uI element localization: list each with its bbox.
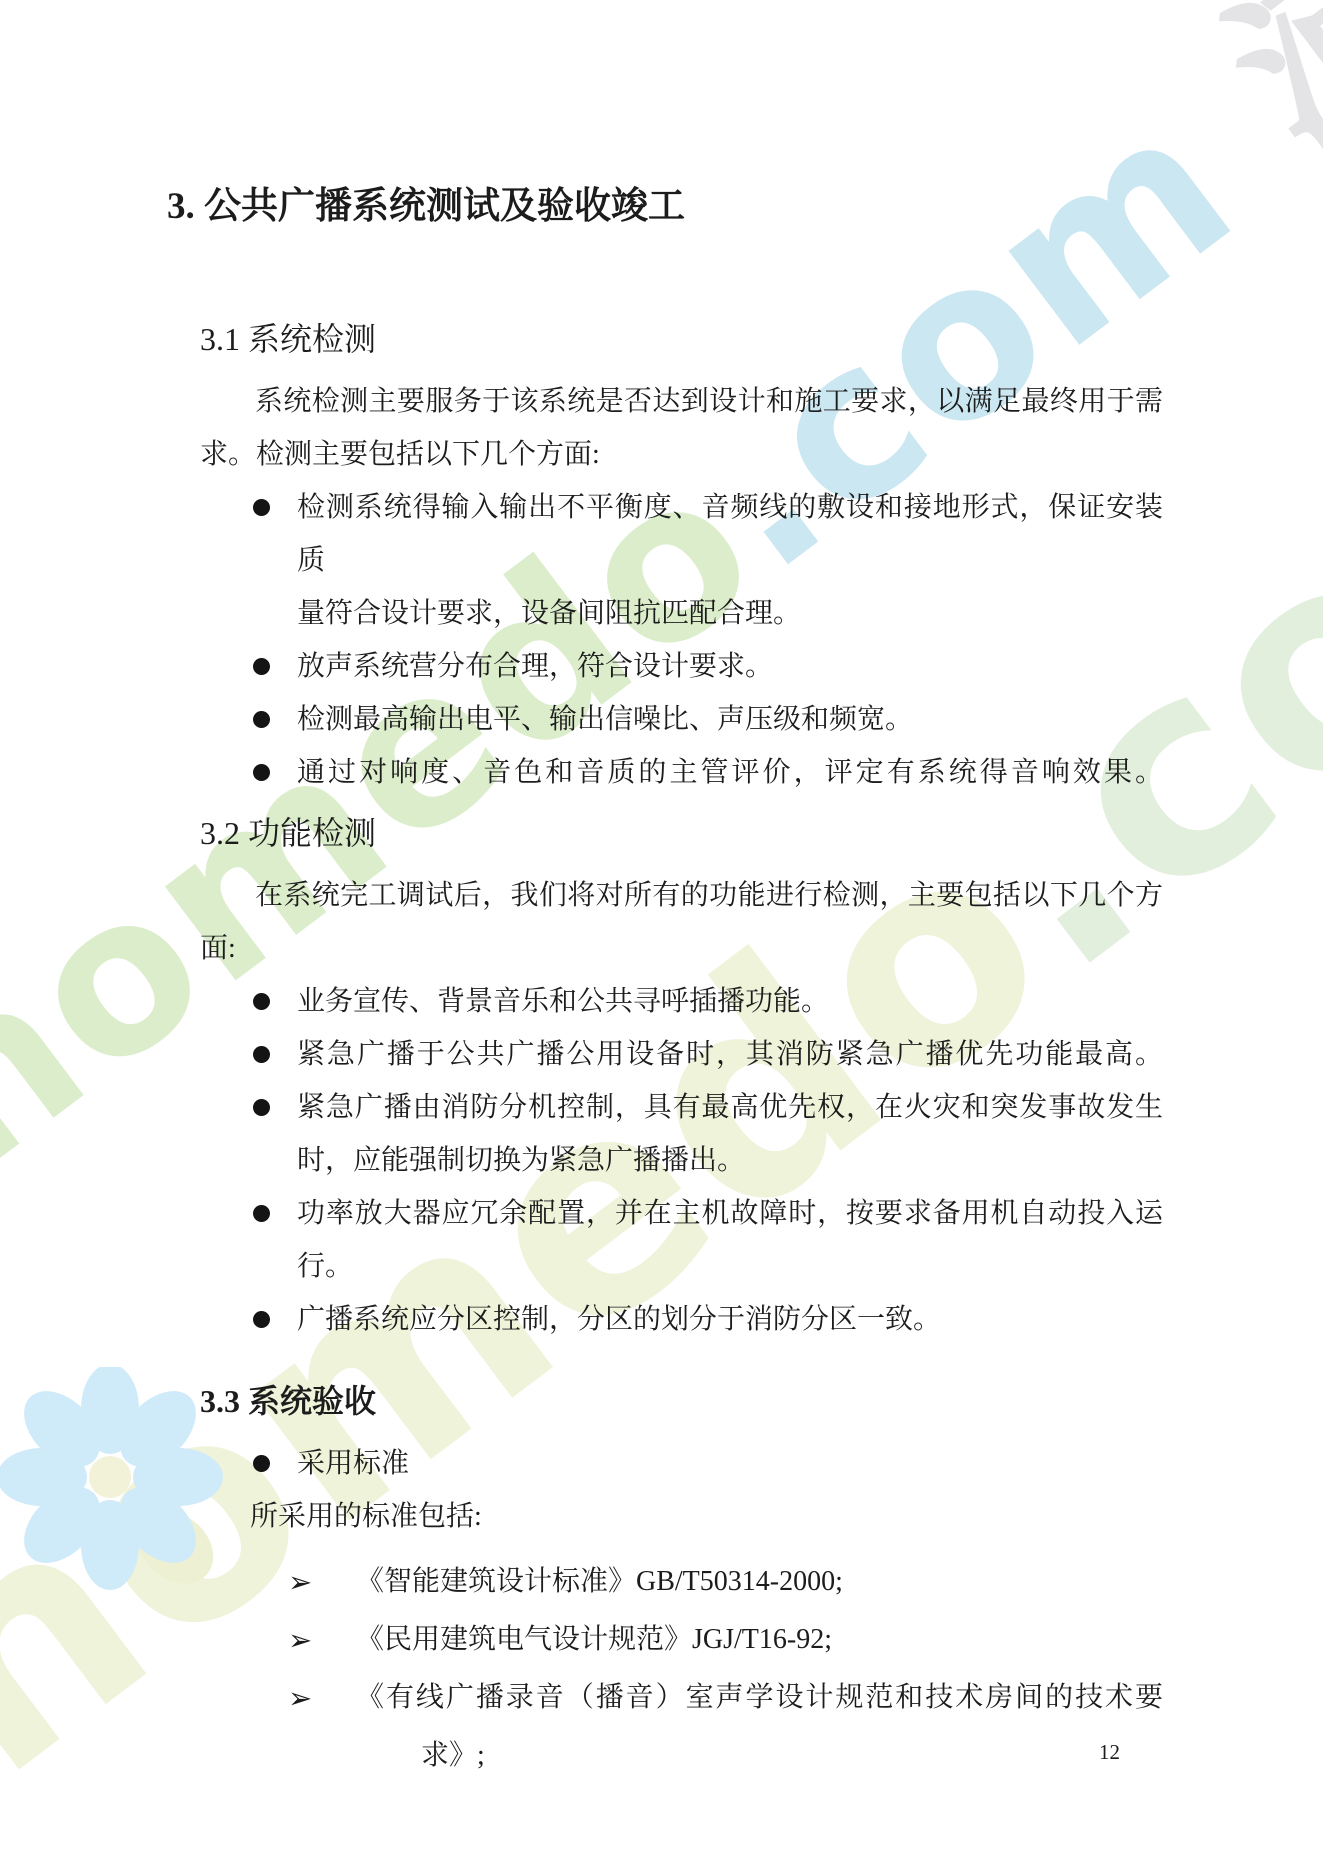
bullet-icon <box>253 711 270 728</box>
list-item: 紧急广播由消防分机控制，具有最高优先权，在火灾和突发事故发生 时，应能强制切换为… <box>200 1081 1163 1187</box>
section-3-2-bullet-list: 业务宣传、背景音乐和公共寻呼插播功能。 紧急广播于公共广播公用设备时，其消防紧急… <box>200 975 1163 1346</box>
list-item: 检测系统得输入输出不平衡度、音频线的敷设和接地形式，保证安装质 量符合设计要求，… <box>200 481 1163 640</box>
bullet-text-line: 紧急广播于公共广播公用设备时，其消防紧急广播优先功能最高。 <box>297 1028 1163 1081</box>
list-item: 业务宣传、背景音乐和公共寻呼插播功能。 <box>200 975 1163 1028</box>
section-3-2-intro: 在系统完工调试后，我们将对所有的功能进行检测，主要包括以下几个方 面: <box>200 869 1163 975</box>
section-3-2-heading: 3.2 功能检测 <box>200 813 1163 853</box>
page-title: 3. 公共广播系统测试及验收竣工 <box>167 183 1163 231</box>
arrow-bullet-icon <box>288 1669 320 1727</box>
standard-item: 《民用建筑电气设计规范》JGJ/T16-92; <box>200 1611 1163 1669</box>
bullet-text-line: 通过对响度、音色和音质的主管评价，评定有系统得音响效果。 <box>297 746 1163 799</box>
bullet-text-line: 检测最高输出电平、输出信噪比、声压级和频宽。 <box>297 693 1163 746</box>
standard-item: 《有线广播录音（播音）室声学设计规范和技术房间的技术要 求》; <box>200 1669 1163 1785</box>
standard-text-line: 《有线广播录音（播音）室声学设计规范和技术房间的技术要 <box>356 1669 1163 1727</box>
bullet-icon <box>253 1046 270 1063</box>
bullet-icon <box>253 993 270 1010</box>
bullet-text-line: 采用标准 <box>297 1437 1163 1490</box>
bullet-text-line: 广播系统应分区控制，分区的划分于消防分区一致。 <box>297 1293 1163 1346</box>
bullet-text-line: 量符合设计要求，设备间阻抗匹配合理。 <box>297 587 1163 640</box>
bullet-icon <box>253 658 270 675</box>
list-item: 通过对响度、音色和音质的主管评价，评定有系统得音响效果。 <box>200 746 1163 799</box>
standard-item: 《智能建筑设计标准》GB/T50314-2000; <box>200 1553 1163 1611</box>
intro-line: 求。检测主要包括以下几个方面: <box>200 428 1163 481</box>
bullet-text-line: 行。 <box>297 1240 1163 1293</box>
bullet-text-line: 放声系统营分布合理，符合设计要求。 <box>297 640 1163 693</box>
bullet-icon <box>253 1205 270 1222</box>
section-3-3-heading: 3.3 系统验收 <box>200 1381 1163 1421</box>
list-item: 放声系统营分布合理，符合设计要求。 <box>200 640 1163 693</box>
arrow-bullet-icon <box>288 1553 320 1611</box>
bullet-text-line: 时，应能强制切换为紧急广播播出。 <box>297 1134 1163 1187</box>
standard-text-line: 求》; <box>421 1727 1163 1785</box>
list-item: 紧急广播于公共广播公用设备时，其消防紧急广播优先功能最高。 <box>200 1028 1163 1081</box>
list-item: 广播系统应分区控制，分区的划分于消防分区一致。 <box>200 1293 1163 1346</box>
list-item: 采用标准 <box>200 1437 1163 1490</box>
intro-line: 在系统完工调试后，我们将对所有的功能进行检测，主要包括以下几个方 <box>200 869 1163 922</box>
bullet-text-line: 紧急广播由消防分机控制，具有最高优先权，在火灾和突发事故发生 <box>297 1081 1163 1134</box>
bullet-icon <box>253 1455 270 1472</box>
bullet-text-line: 检测系统得输入输出不平衡度、音频线的敷设和接地形式，保证安装质 <box>297 481 1163 587</box>
bullet-icon <box>253 499 270 516</box>
standards-list: 《智能建筑设计标准》GB/T50314-2000; 《民用建筑电气设计规范》JG… <box>200 1553 1163 1785</box>
section-3-1-heading: 3.1 系统检测 <box>200 319 1163 359</box>
standard-text-line: 《民用建筑电气设计规范》JGJ/T16-92; <box>356 1611 1163 1669</box>
document-page: homedo.com 河姆渡 homedo.com 3. 公共广播系统测试及验收… <box>0 0 1323 1871</box>
page-number: 12 <box>1099 1740 1120 1765</box>
section-3-3-body: 采用标准 所采用的标准包括: 《智能建筑设计标准》GB/T50314-2000;… <box>200 1437 1163 1785</box>
standard-text-line: 《智能建筑设计标准》GB/T50314-2000; <box>356 1553 1163 1611</box>
bullet-text-line: 功率放大器应冗余配置，并在主机故障时，按要求备用机自动投入运 <box>297 1187 1163 1240</box>
bullet-text-line: 业务宣传、背景音乐和公共寻呼插播功能。 <box>297 975 1163 1028</box>
section-3-1-intro: 系统检测主要服务于该系统是否达到设计和施工要求，以满足最终用于需 求。检测主要包… <box>200 375 1163 481</box>
arrow-bullet-icon <box>288 1611 320 1669</box>
bullet-icon <box>253 1099 270 1116</box>
list-item: 检测最高输出电平、输出信噪比、声压级和频宽。 <box>200 693 1163 746</box>
document-content: 3. 公共广播系统测试及验收竣工 3.1 系统检测 系统检测主要服务于该系统是否… <box>200 183 1163 1785</box>
section-3-1-bullet-list: 检测系统得输入输出不平衡度、音频线的敷设和接地形式，保证安装质 量符合设计要求，… <box>200 481 1163 799</box>
list-item: 功率放大器应冗余配置，并在主机故障时，按要求备用机自动投入运 行。 <box>200 1187 1163 1293</box>
standards-lead: 所采用的标准包括: <box>250 1490 1163 1543</box>
bullet-icon <box>253 764 270 781</box>
intro-line: 面: <box>200 922 1163 975</box>
intro-line: 系统检测主要服务于该系统是否达到设计和施工要求，以满足最终用于需 <box>200 375 1163 428</box>
bullet-icon <box>253 1311 270 1328</box>
